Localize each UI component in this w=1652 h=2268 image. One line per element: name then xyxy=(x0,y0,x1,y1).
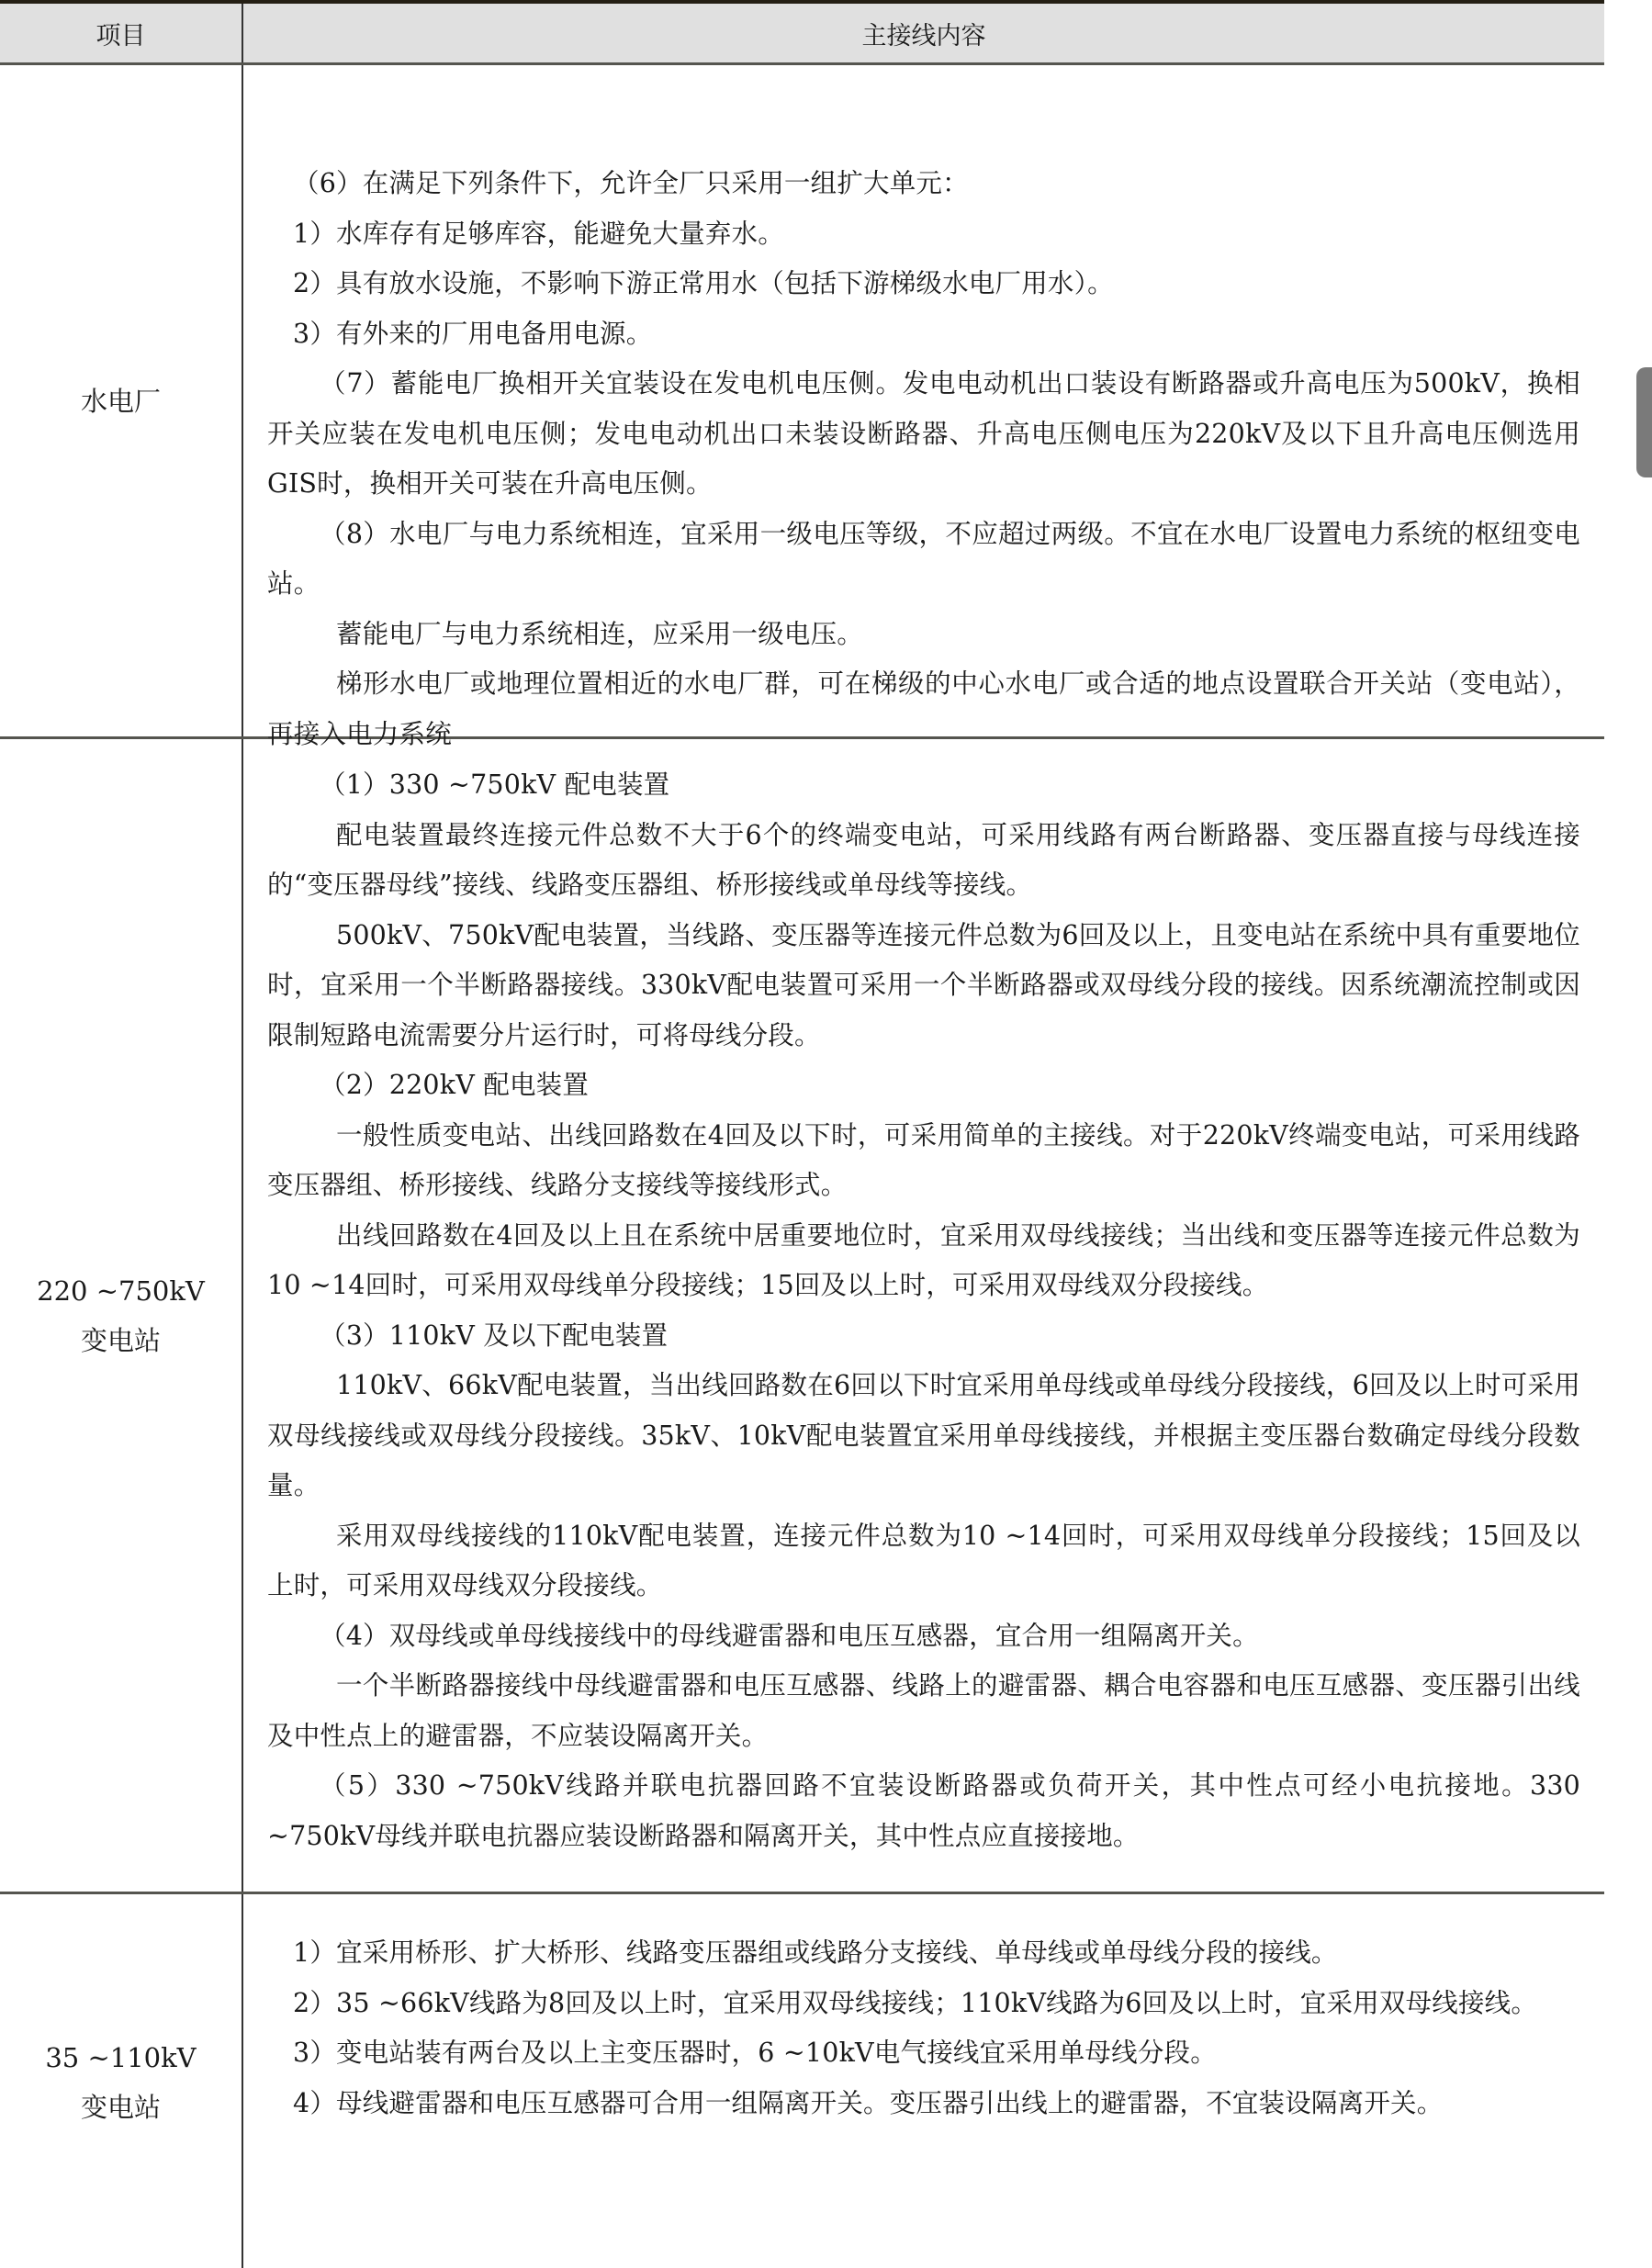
paragraph: （7）蓄能电厂换相开关宜装设在发电机电压侧。发电电动机出口装设有断路器或升高电压… xyxy=(267,359,1580,510)
row-label-line: 变电站 xyxy=(81,2083,161,2132)
paragraph: （2）220kV 配电装置 xyxy=(267,1061,1580,1111)
paragraph: 2）具有放水设施，不影响下游正常用水（包括下游梯级水电厂用水）。 xyxy=(267,259,1580,309)
row-label: 水电厂 xyxy=(0,65,243,736)
row-label-line: 35 ~110kV xyxy=(45,2033,196,2083)
paragraph: 4）母线避雷器和电压互感器可合用一组隔离开关。变压器引出线上的避雷器，不宜装设隔… xyxy=(267,2079,1580,2129)
table-row-hydropower: 水电厂 （6）在满足下列条件下，允许全厂只采用一组扩大单元： 1）水库存有足够库… xyxy=(0,65,1604,739)
row-label-line: 变电站 xyxy=(81,1316,161,1365)
table-row-220-750kv: 220 ~750kV 变电站 （1）330 ~750kV 配电装置 配电装置最终… xyxy=(0,739,1604,1894)
paragraph: 蓄能电厂与电力系统相连，应采用一级电压。 xyxy=(267,610,1580,660)
row-content: （1）330 ~750kV 配电装置 配电装置最终连接元件总数不大于6个的终端变… xyxy=(243,739,1604,1892)
row-label-line: 水电厂 xyxy=(81,376,161,426)
paragraph: 1）水库存有足够库容，能避免大量弃水。 xyxy=(267,209,1580,260)
paragraph: 一般性质变电站、出线回路数在4回及以下时，可采用简单的主接线。对于220kV终端… xyxy=(267,1111,1580,1211)
paragraph: （5）330 ~750kV线路并联电抗器回路不宜装设断路器或负荷开关，其中性点可… xyxy=(267,1761,1580,1861)
paragraph: 3）变电站装有两台及以上主变压器时，6 ~10kV电气接线宜采用单母线分段。 xyxy=(267,2028,1580,2079)
paragraph: （4）双母线或单母线接线中的母线避雷器和电压互感器，宜合用一组隔离开关。 xyxy=(267,1611,1580,1662)
table-row-35-110kv: 35 ~110kV 变电站 1）宜采用桥形、扩大桥形、线路变压器组或线路分支接线… xyxy=(0,1894,1604,2268)
paragraph: 1）宜采用桥形、扩大桥形、线路变压器组或线路分支接线、单母线或单母线分段的接线。 xyxy=(267,1928,1580,1979)
paragraph: 500kV、750kV配电装置，当线路、变压器等连接元件总数为6回及以上，且变电… xyxy=(267,911,1580,1061)
header-item: 项目 xyxy=(0,4,243,62)
row-label: 35 ~110kV 变电站 xyxy=(0,1894,243,2268)
row-label: 220 ~750kV 变电站 xyxy=(0,739,243,1892)
row-content: 1）宜采用桥形、扩大桥形、线路变压器组或线路分支接线、单母线或单母线分段的接线。… xyxy=(243,1894,1604,2268)
paragraph: 一个半断路器接线中母线避雷器和电压互感器、线路上的避雷器、耦合电容器和电压互感器… xyxy=(267,1661,1580,1761)
row-content: （6）在满足下列条件下，允许全厂只采用一组扩大单元： 1）水库存有足够库容，能避… xyxy=(243,65,1604,736)
paragraph: 采用双母线接线的110kV配电装置，连接元件总数为10 ~14回时，可采用双母线… xyxy=(267,1511,1580,1611)
wiring-table: 项目 主接线内容 水电厂 （6）在满足下列条件下，允许全厂只采用一组扩大单元： … xyxy=(0,0,1604,2268)
paragraph: （8）水电厂与电力系统相连，宜采用一级电压等级，不应超过两级。不宜在水电厂设置电… xyxy=(267,510,1580,610)
page-edge-tab xyxy=(1636,367,1652,477)
paragraph: 2）35 ~66kV线路为8回及以上时，宜采用双母线接线；110kV线路为6回及… xyxy=(267,1979,1580,2029)
paragraph: （6）在满足下列条件下，允许全厂只采用一组扩大单元： xyxy=(267,159,1580,209)
paragraph: 出线回路数在4回及以上且在系统中居重要地位时，宜采用双母线接线；当出线和变压器等… xyxy=(267,1211,1580,1311)
row-label-line: 220 ~750kV xyxy=(37,1266,205,1316)
table-header: 项目 主接线内容 xyxy=(0,4,1604,65)
paragraph: 110kV、66kV配电装置，当出线回路数在6回以下时宜采用单母线或单母线分段接… xyxy=(267,1361,1580,1511)
paragraph: （1）330 ~750kV 配电装置 xyxy=(267,760,1580,811)
paragraph: 配电装置最终连接元件总数不大于6个的终端变电站，可采用线路有两台断路器、变压器直… xyxy=(267,811,1580,911)
header-content: 主接线内容 xyxy=(243,4,1604,62)
paragraph: （3）110kV 及以下配电装置 xyxy=(267,1311,1580,1362)
paragraph: 3）有外来的厂用电备用电源。 xyxy=(267,309,1580,360)
